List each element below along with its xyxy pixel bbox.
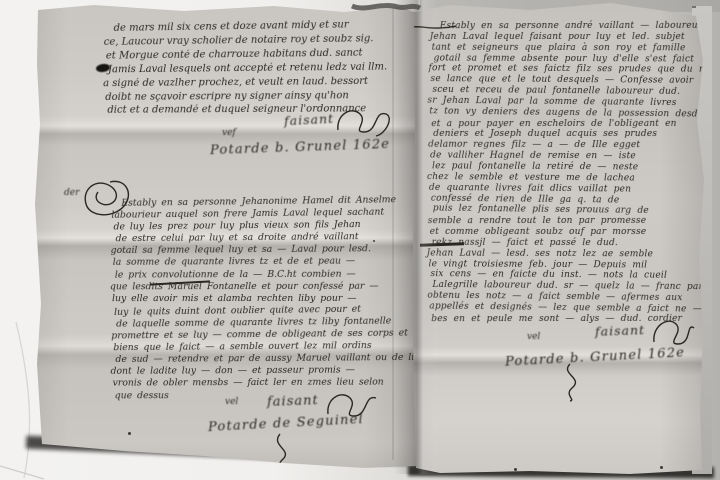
right-notary-flourish-icon	[540, 362, 600, 402]
manuscript-line: et comme obligeant soubz ouf par morsse	[430, 227, 710, 238]
manuscript-line: le prix convolutionne de la — B.C.ht com…	[115, 268, 413, 281]
left-bottom-signature-small-word: vel	[225, 397, 238, 407]
top-gutter-fray-icon	[348, 0, 424, 14]
backdrop-thread-line	[0, 460, 60, 480]
right-signature-word: faisant	[595, 322, 646, 339]
left-top-notary-signature: Potarde b. Grunel 162e	[210, 137, 391, 158]
paper-speck	[514, 468, 517, 471]
left-page-vertical-crease	[392, 8, 394, 460]
manuscript-line: rekz nassjl — faict et passé le dud.	[432, 238, 712, 249]
paper-speck	[660, 466, 663, 469]
left-page: de mars mil six cens et doze avant midy …	[34, 4, 418, 468]
left-bottom-notary-flourish-icon	[250, 432, 310, 476]
manuscript-line: tant et seigneurs que plaira à son roy e…	[432, 42, 712, 53]
manuscript-photograph: de mars mil six cens et doze avant midy …	[0, 0, 720, 480]
right-main-paragraph: Estably en sa personne andré vaillant — …	[426, 20, 708, 325]
manuscript-line: que lesdits Maruel Fontanelle et pour co…	[110, 280, 408, 293]
left-main-paragraph: Estably en sa personne Jehanonime Hamel …	[109, 195, 408, 403]
manuscript-line: la somme de quarante livres tz et de et …	[113, 256, 411, 270]
manuscript-line: Estably en sa personne andré vaillant — …	[428, 21, 708, 32]
left-top-signature-paraph-icon	[334, 102, 390, 140]
left-margin-word: der	[64, 188, 79, 198]
right-page: et Estably en sa personne andré vaillant…	[410, 0, 710, 478]
left-bottom-signature-word: faisant	[267, 393, 319, 410]
manuscript-line: semble a rendre tout le ton par promesse	[428, 216, 708, 227]
paper-speck	[373, 240, 375, 242]
paper-speck	[128, 432, 131, 435]
manuscript-line: a signé de vazlher prochez, et veult en …	[103, 74, 381, 90]
right-signature-small-word: vel	[527, 332, 540, 342]
manuscript-line: et a pour payer en escheloirs de l'oblig…	[431, 118, 711, 129]
left-top-signature-word: faisant	[284, 111, 335, 129]
left-top-signature-small-word: vef	[222, 128, 236, 138]
manuscript-line: deniers et Joseph duquel acquis ses prud…	[433, 129, 713, 140]
manuscript-line: Jehan Laval lequel faisant pour luy et l…	[430, 32, 710, 43]
